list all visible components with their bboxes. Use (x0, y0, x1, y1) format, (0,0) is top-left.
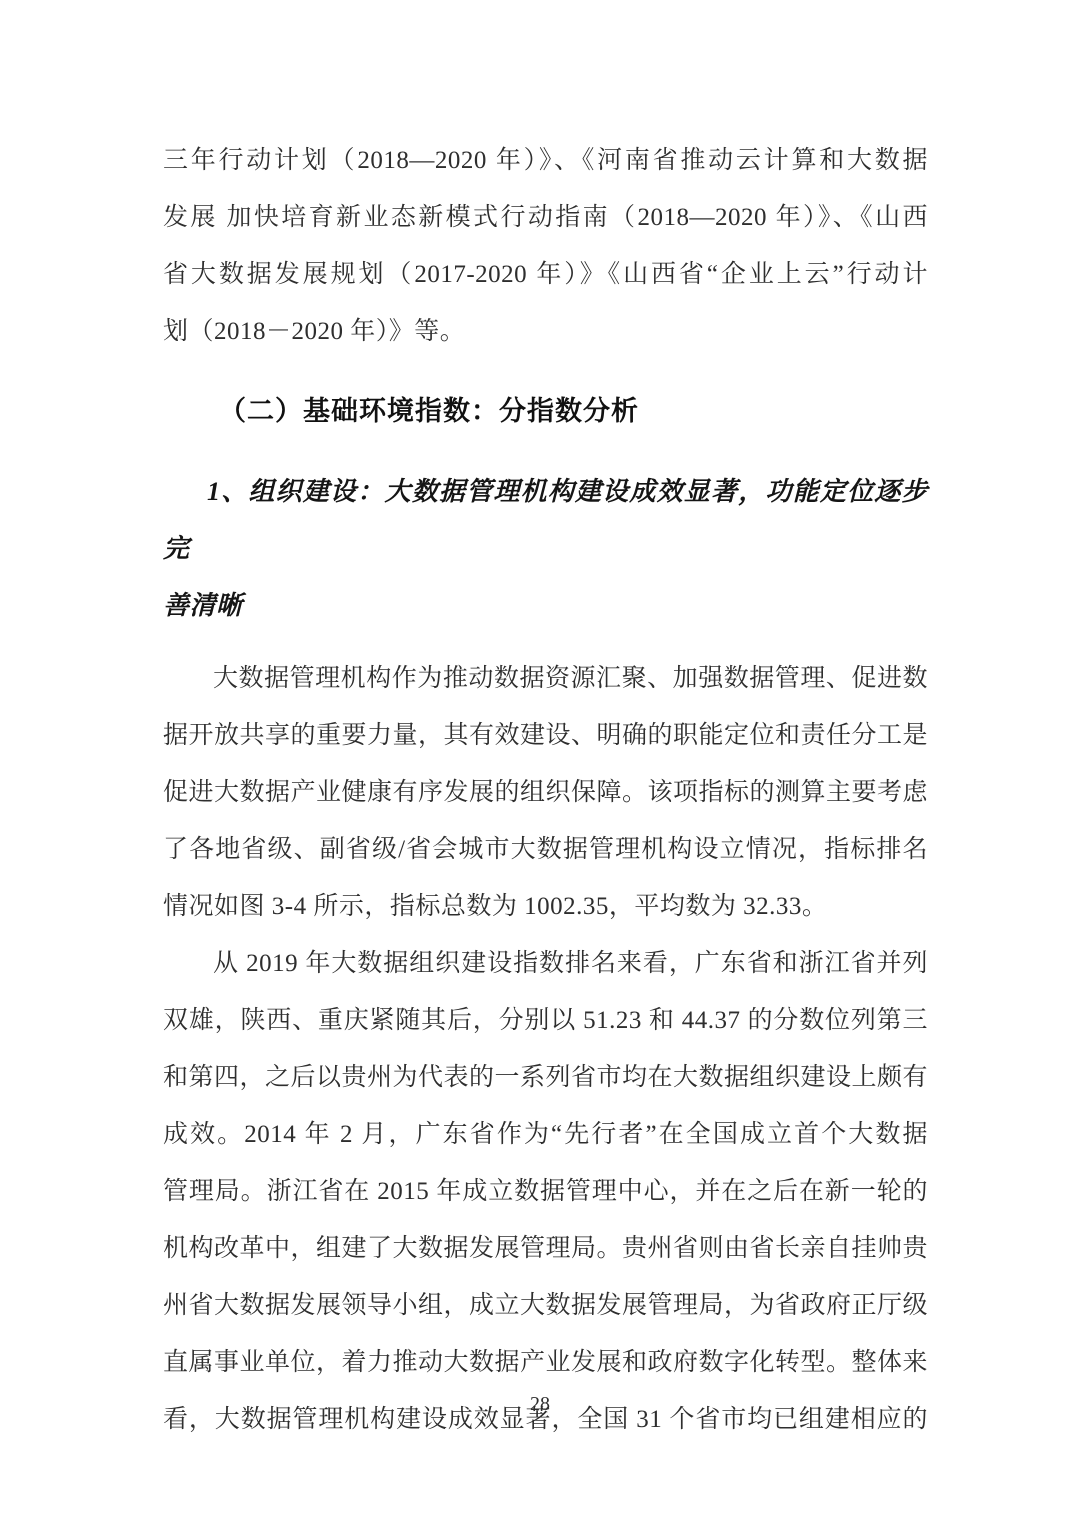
paragraph-policy-list: 三年行动计划（2018—2020 年）》、《河南省推动云计算和大数据 发展 加快… (163, 132, 928, 360)
text-line: 州省大数据发展领导小组，成立大数据发展管理局，为省政府正厅级 (163, 1277, 928, 1334)
text-line: 善清晰 (163, 577, 928, 634)
text-line: 情况如图 3-4 所示，指标总数为 1002.35，平均数为 32.33。 (163, 878, 928, 935)
text-line: 管理局。浙江省在 2015 年成立数据管理中心，并在之后在新一轮的 (163, 1163, 928, 1220)
document-page: 三年行动计划（2018—2020 年）》、《河南省推动云计算和大数据 发展 加快… (0, 0, 1080, 1527)
text-line: 促进大数据产业健康有序发展的组织保障。该项指标的测算主要考虑 (163, 764, 928, 821)
text-line: 省大数据发展规划（2017-2020 年）》《山西省“企业上云”行动计 (163, 246, 928, 303)
text-line: 1、组织建设：大数据管理机构建设成效显著，功能定位逐步完 (163, 463, 928, 577)
paragraph-org-ranking: 从 2019 年大数据组织建设指数排名来看，广东省和浙江省并列 双雄，陕西、重庆… (163, 935, 928, 1448)
text-line: 据开放共享的重要力量，其有效建设、明确的职能定位和责任分工是 (163, 707, 928, 764)
text-line: 直属事业单位，着力推动大数据产业发展和政府数字化转型。整体来 (163, 1334, 928, 1391)
text-line: 双雄，陕西、重庆紧随其后，分别以 51.23 和 44.37 的分数位列第三 (163, 992, 928, 1049)
text-line: 了各地省级、副省级/省会城市大数据管理机构设立情况，指标排名 (163, 821, 928, 878)
text-line: 划（2018－2020 年）》等。 (163, 303, 928, 360)
text-line: 成效。2014 年 2 月，广东省作为“先行者”在全国成立首个大数据 (163, 1106, 928, 1163)
text-line: 大数据管理机构作为推动数据资源汇聚、加强数据管理、促进数 (163, 650, 928, 707)
paragraph-org-overview: 大数据管理机构作为推动数据资源汇聚、加强数据管理、促进数 据开放共享的重要力量，… (163, 650, 928, 935)
text-line: 发展 加快培育新业态新模式行动指南（2018—2020 年）》、《山西 (163, 189, 928, 246)
text-line: 三年行动计划（2018—2020 年）》、《河南省推动云计算和大数据 (163, 132, 928, 189)
text-line: 和第四，之后以贵州为代表的一系列省市均在大数据组织建设上颇有 (163, 1049, 928, 1106)
text-line: 机构改革中，组建了大数据发展管理局。贵州省则由省长亲自挂帅贵 (163, 1220, 928, 1277)
subsection-heading: 1、组织建设：大数据管理机构建设成效显著，功能定位逐步完 善清晰 (163, 463, 928, 634)
section-heading: （二）基础环境指数：分指数分析 (163, 383, 928, 440)
page-body: 三年行动计划（2018—2020 年）》、《河南省推动云计算和大数据 发展 加快… (163, 132, 928, 1448)
page-number: 28 (0, 1392, 1080, 1416)
text-line: 从 2019 年大数据组织建设指数排名来看，广东省和浙江省并列 (163, 935, 928, 992)
